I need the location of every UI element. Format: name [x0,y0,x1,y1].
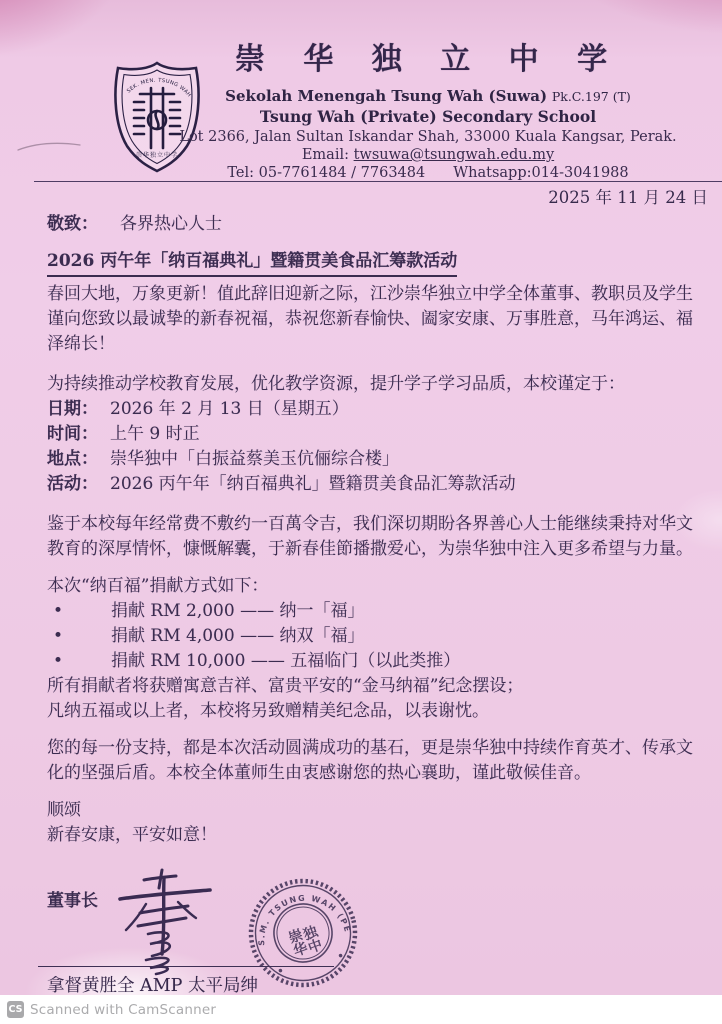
donation-item-row: •捐献 RM 10,000 —— 五福临门（以此类推） [47,649,704,674]
scanned-letter-page: SEK. MEN. TSUNG WAH (SUWA) 崇华独立中学 崇 华 独 … [0,0,722,995]
closing-salutation: 顺颂 [47,798,704,823]
appeal-paragraph: 鉴于本校每年经常费不敷约一百萬令吉，我们深切期盼各界善心人士能继续秉持对华文教育… [47,512,704,562]
bullet-icon: • [47,599,111,624]
phone-line: Tel: 05-7761484 / 7763484Whatsapp:014-30… [140,165,716,181]
telephone-numbers: Tel: 05-7761484 / 7763484 [227,165,425,181]
signer-title: 董事长 [47,886,98,911]
event-time-row: 时间：上午 9 时正 [47,422,704,447]
letter-body: 敬致：各界热心人士 2026 丙午年「纳百福典礼」暨籍贯美食品汇筹款活动 春回大… [47,212,704,848]
bullet-icon: • [47,624,111,649]
whatsapp-number: Whatsapp:014-3041988 [453,165,628,181]
scan-artifact-line [14,136,94,156]
event-intro: 为持续推动学校教育发展，优化教学资源，提升学子学习品质，本校谨定于： [47,372,704,397]
donation-note-2: 凡纳五福或以上者，本校将另致赠精美纪念品，以表谢忱。 [47,699,704,724]
donation-note-1: 所有捐献者将获赠寓意吉祥、富贵平安的“金马纳福”纪念摆设； [47,674,704,699]
handwritten-signature [116,868,216,980]
email-address: twsuwa@tsungwah.edu.my [354,147,555,163]
letterhead-divider [34,181,722,182]
letter-title: 2026 丙午年「纳百福典礼」暨籍贯美食品汇筹款活动 [47,249,704,277]
donation-intro: 本次“纳百福”捐献方式如下： [47,574,704,599]
school-name-malay-line: Sekolah Menengah Tsung Wah (Suwa) Pk.C.1… [140,87,716,105]
signature-line [38,966,334,967]
event-venue-row: 地点：崇华独中「白振益蔡美玉伉俪综合楼」 [47,447,704,472]
donation-item-row: •捐献 RM 2,000 —— 纳一「福」 [47,599,704,624]
camscanner-icon: CS [7,1001,24,1018]
camscanner-watermark-text: Scanned with CamScanner [30,1002,216,1018]
school-name-english: Tsung Wah (Private) Secondary School [140,107,716,126]
letterhead: 崇 华 独 立 中 学 Sekolah Menengah Tsung Wah (… [140,34,716,181]
donation-item-row: •捐献 RM 4,000 —— 纳双「福」 [47,624,704,649]
camscanner-footer: CS Scanned with CamScanner [0,995,722,1024]
event-activity-row: 活动：2026 丙午年「纳百福典礼」暨籍贯美食品汇筹款活动 [47,472,704,497]
support-paragraph: 您的每一份支持，都是本次活动圆满成功的基石，更是崇华独中持续作育英才、传承文化的… [47,736,704,786]
school-name-chinese: 崇 华 独 立 中 学 [140,34,716,78]
event-date-row: 日期：2026 年 2 月 13 日（星期五） [47,397,704,422]
email-line: Email: twsuwa@tsungwah.edu.my [140,147,716,163]
letter-date: 2025 年 11 月 24 日 [548,184,708,208]
school-address: Lot 2366, Jalan Sultan Iskandar Shah, 33… [140,129,716,145]
registration-code: Pk.C.197 (T) [552,89,631,104]
school-name-malay: Sekolah Menengah Tsung Wah (Suwa) [225,87,547,105]
signer-name: 拿督黄胜全 AMP 太平局绅 [47,972,258,995]
greeting-paragraph: 春回大地，万象更新！值此辞旧迎新之际，江沙崇华独立中学全体董事、教职员及学生谨向… [47,282,704,357]
recipient-label: 敬致： [47,214,98,234]
email-label: Email: [302,147,354,163]
recipient-value: 各界热心人士 [120,214,222,234]
closing-wish: 新春安康，平安如意！ [47,823,704,848]
recipient-line: 敬致：各界热心人士 [47,212,704,237]
bullet-icon: • [47,649,111,674]
